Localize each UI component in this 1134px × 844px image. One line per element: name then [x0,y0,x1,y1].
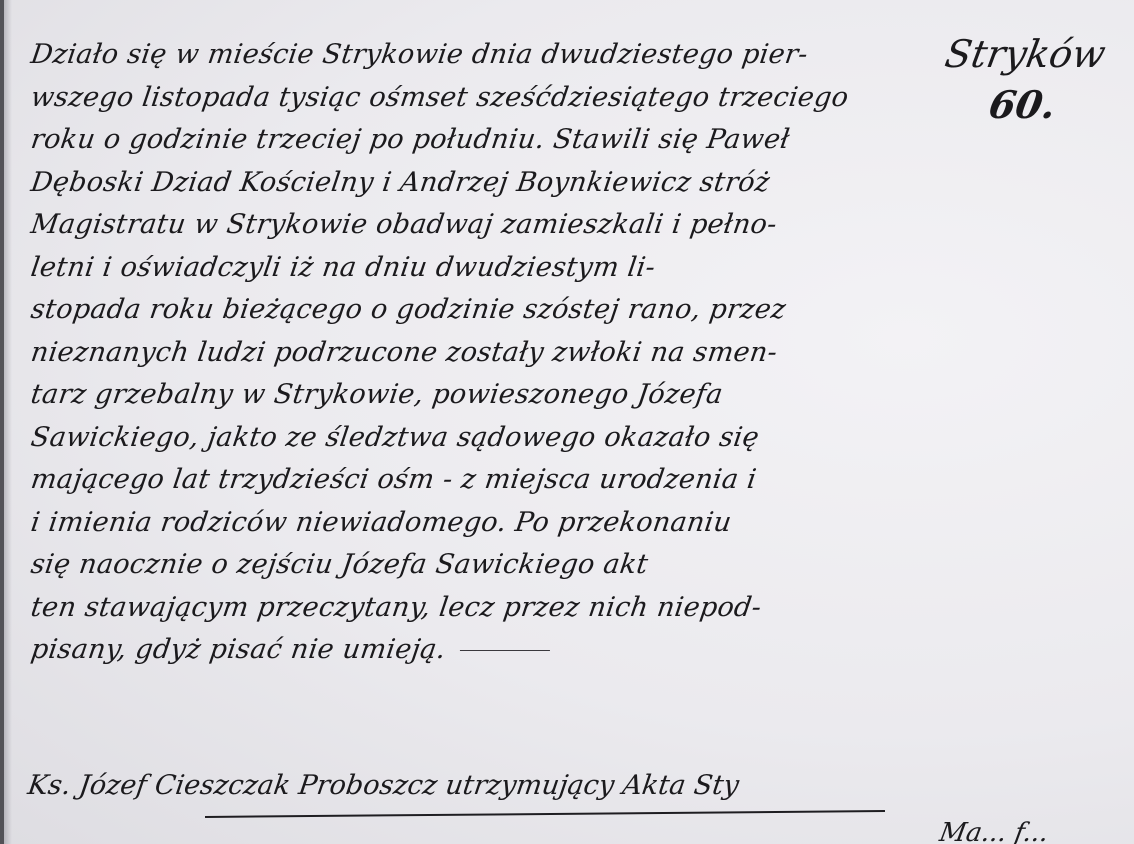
signature-line: Ks. Józef Cieszczak Proboszcz utrzymując… [26,770,741,801]
record-line: i imienia rodziców niewiadomego. Po prze… [28,502,934,545]
record-number: 60. [947,80,1126,130]
record-line: tarz grzebalny w Strykowie, powieszonego… [28,374,934,417]
record-line: się naocznie o zejściu Józefa Sawickiego… [28,544,934,587]
record-line-final: pisany, gdyż pisać nie umieją. [28,629,934,672]
next-record-fragment: Ma... f... [938,818,1051,844]
record-line: ten stawającym przeczytany, lecz przez n… [28,587,934,630]
record-line: Magistratu w Strykowie obadwaj zamieszka… [28,204,934,247]
record-line: Dęboski Dziad Kościelny i Andrzej Boynki… [28,162,934,205]
record-line: mającego lat trzydzieści ośm - z miejsca… [28,459,934,502]
closing-dash-rule [459,650,549,651]
record-line-text: pisany, gdyż pisać nie umieją. [29,634,448,665]
record-line: Sawickiego, jakto ze śledztwa sądowego o… [28,417,934,460]
record-line: roku o godzinie trzeciej po południu. St… [28,119,934,162]
signature-underline [205,810,885,818]
document-page: Działo się w mieście Strykowie dnia dwud… [0,0,1134,844]
margin-place-name: Stryków [916,28,1134,80]
record-line: Działo się w mieście Strykowie dnia dwud… [28,34,934,77]
margin-annotation: Stryków 60. [907,28,1134,130]
page-edge-shadow [4,0,12,844]
record-line: nieznanych ludzi podrzucone zostały zwło… [28,332,934,375]
record-line: letni i oświadczyli iż na dniu dwudziest… [28,247,934,290]
record-body: Działo się w mieście Strykowie dnia dwud… [28,34,928,672]
record-line: wszego listopada tysiąc ośmset sześćdzie… [28,77,934,120]
record-line: stopada roku bieżącego o godzinie szóste… [28,289,934,332]
